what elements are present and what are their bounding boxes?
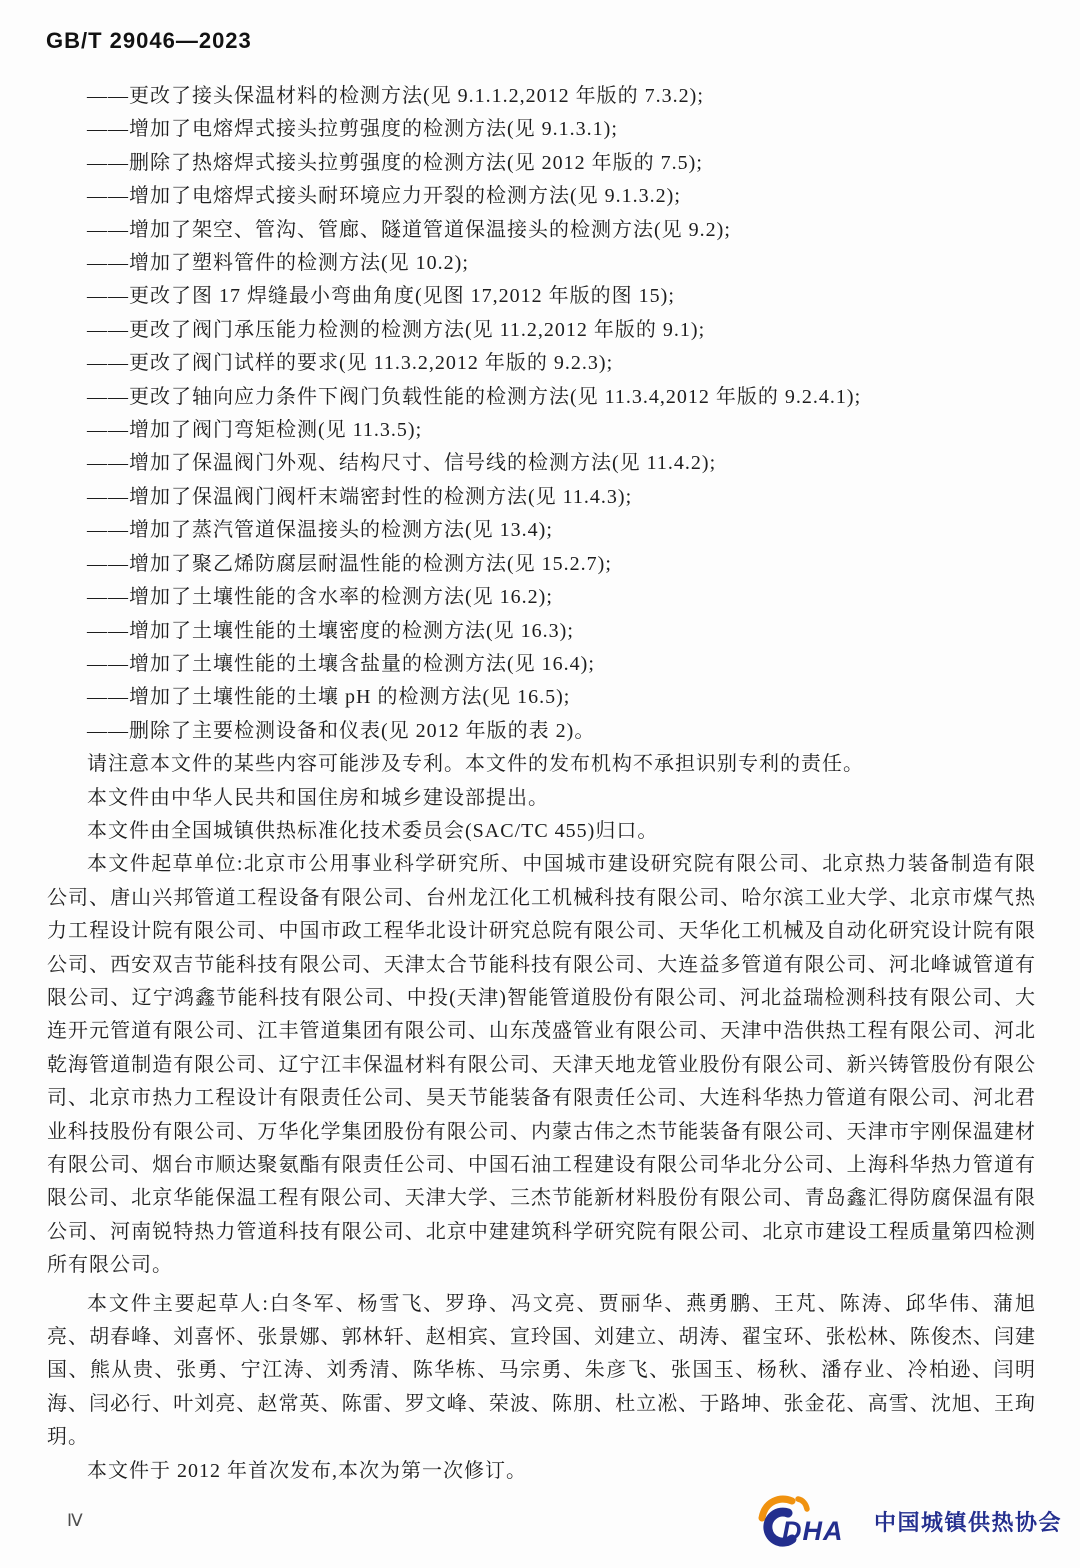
doc-code: GB/T 29046—2023 <box>46 28 252 54</box>
change-list: ——更改了接头保温材料的检测方法(见 9.1.1.2,2012 年版的 7.3.… <box>47 80 1036 748</box>
page-footer: Ⅳ DHA 中国城镇供热协会 <box>47 1494 1062 1548</box>
change-item: ——增加了塑料管件的检测方法(见 10.2); <box>47 247 1036 280</box>
revision-note: 本文件于 2012 年首次发布,本次为第一次修订。 <box>47 1455 1036 1488</box>
change-item: ——增加了保温阀门外观、结构尺寸、信号线的检测方法(见 11.4.2); <box>47 447 1036 480</box>
change-item: ——删除了主要检测设备和仪表(见 2012 年版的表 2)。 <box>47 715 1036 748</box>
change-item: ——增加了阀门弯矩检测(见 11.3.5); <box>47 414 1036 447</box>
cdha-swoosh-icon: DHA <box>752 1494 864 1548</box>
logo-acronym: DHA <box>782 1516 844 1546</box>
patent-note: 请注意本文件的某些内容可能涉及专利。本文件的发布机构不承担识别专利的责任。 <box>47 748 1036 781</box>
change-item: ——增加了土壤性能的含水率的检测方法(见 16.2); <box>47 581 1036 614</box>
change-item: ——更改了阀门试样的要求(见 11.3.2,2012 年版的 9.2.3); <box>47 347 1036 380</box>
centralized-by: 本文件由全国城镇供热标准化技术委员会(SAC/TC 455)归口。 <box>47 815 1036 848</box>
logo-association-name: 中国城镇供热协会 <box>874 1506 1062 1537</box>
change-item: ——增加了土壤性能的土壤含盐量的检测方法(见 16.4); <box>47 648 1036 681</box>
change-item: ——增加了电熔焊式接头耐环境应力开裂的检测方法(见 9.1.3.2); <box>47 180 1036 213</box>
association-logo: DHA 中国城镇供热协会 <box>752 1494 1062 1548</box>
change-item: ——增加了土壤性能的土壤 pH 的检测方法(见 16.5); <box>47 681 1036 714</box>
change-item: ——增加了土壤性能的土壤密度的检测方法(见 16.3); <box>47 615 1036 648</box>
change-item: ——更改了接头保温材料的检测方法(见 9.1.1.2,2012 年版的 7.3.… <box>47 80 1036 113</box>
proposed-by: 本文件由中华人民共和国住房和城乡建设部提出。 <box>47 782 1036 815</box>
change-item: ——更改了图 17 焊缝最小弯曲角度(见图 17,2012 年版的图 15); <box>47 280 1036 313</box>
page-number: Ⅳ <box>67 1511 83 1531</box>
document-body: ——更改了接头保温材料的检测方法(见 9.1.1.2,2012 年版的 7.3.… <box>47 80 1036 1488</box>
standard-document-page: GB/T 29046—2023 ——更改了接头保温材料的检测方法(见 9.1.1… <box>0 0 1080 1568</box>
change-item: ——增加了保温阀门阀杆末端密封性的检测方法(见 11.4.3); <box>47 481 1036 514</box>
drafting-units: 本文件起草单位:北京市公用事业科学研究所、中国城市建设研究院有限公司、北京热力装… <box>47 848 1036 1282</box>
change-item: ——增加了架空、管沟、管廊、隧道管道保温接头的检测方法(见 9.2); <box>47 214 1036 247</box>
change-item: ——增加了蒸汽管道保温接头的检测方法(见 13.4); <box>47 514 1036 547</box>
change-item: ——更改了轴向应力条件下阀门负载性能的检测方法(见 11.3.4,2012 年版… <box>47 381 1036 414</box>
drafters: 本文件主要起草人:白冬军、杨雪飞、罗琤、冯文亮、贾丽华、燕勇鹏、王芃、陈涛、邱华… <box>47 1288 1036 1455</box>
change-item: ——删除了热熔焊式接头拉剪强度的检测方法(见 2012 年版的 7.5); <box>47 147 1036 180</box>
change-item: ——增加了电熔焊式接头拉剪强度的检测方法(见 9.1.3.1); <box>47 113 1036 146</box>
change-item: ——更改了阀门承压能力检测的检测方法(见 11.2,2012 年版的 9.1); <box>47 314 1036 347</box>
change-item: ——增加了聚乙烯防腐层耐温性能的检测方法(见 15.2.7); <box>47 548 1036 581</box>
